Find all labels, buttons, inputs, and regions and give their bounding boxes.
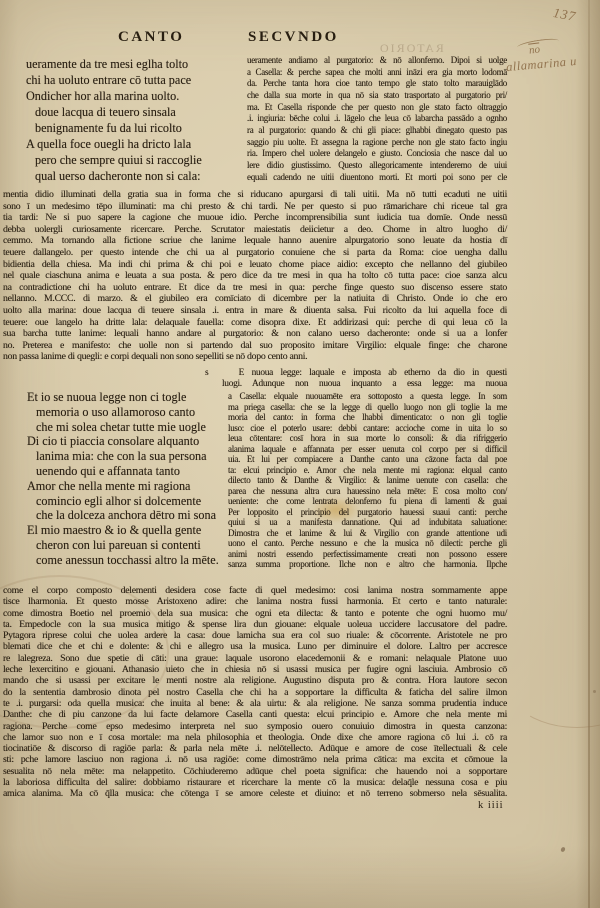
text-line: .i. ingiuria: bēche colui .i. lāgelo che… [247, 113, 507, 125]
text-line: sanza summa proportione. Ilche non e alt… [228, 559, 507, 570]
text-line: uia. Et lui per compiacere a Danthe cant… [228, 454, 507, 465]
text-line: ria. Impero chel uolere delangelo e gius… [247, 148, 507, 160]
commentary-column-top-right: ueramente andiamo al purgatorio: & nō al… [247, 55, 507, 183]
text-line: ra al purgatorio: quando & chi gli piace… [247, 125, 507, 137]
text-line: Amor che nella mente mi ragiona [27, 479, 239, 494]
text-line: lere didio giustissimo. Questo allegoric… [247, 160, 507, 172]
text-line: teuere: oue langelo ha dritte lala: dela… [3, 317, 507, 329]
text-line: bidientia della chiesa. Ma indi chi prim… [3, 259, 507, 271]
text-line: cemmo. Ma tornando alla fictione scriue … [3, 235, 507, 247]
text-line: nellanno. M.CCC. di marzo. & el giubileo… [3, 293, 507, 305]
text-line: moria del canto: in forma che lhabbi dim… [228, 412, 507, 423]
text-line: doue lacqua di teuero sinsala [26, 104, 241, 120]
text-line: sono ī un medesimo tēpo illuminati: ma c… [3, 201, 507, 213]
text-line: no. Preterea e manifesto: che uolle non … [3, 340, 507, 352]
commentary-block-full-width-1: mentia didio illuminati della gratia sua… [3, 189, 507, 363]
text-line: ta: elcui principio e. Amor che nela men… [228, 465, 507, 476]
text-line: A quella foce ouegli ha dricto lala [26, 136, 241, 152]
text-line: Ondicher hor alla marina uolto. [26, 88, 241, 104]
text-line: uolto alla marina: doue lacqua di teuere… [3, 305, 507, 317]
text-line: Di cio ti piaccia consolare alquanto [27, 434, 239, 449]
text-line: sua barcha tutte lanime: lequali hanno a… [3, 328, 507, 340]
text-line: chi ha uoluto entrare cō tutta pace [26, 72, 241, 88]
text-line: ta. Empedocle con la sua musica mitigo &… [3, 619, 507, 630]
text-line: pero che sempre quiui si raccoglie [26, 152, 241, 168]
text-line: dilecto tanto & Danthe & Virgilio: & lan… [228, 475, 507, 486]
text-line: saggio piu uolte. Et assegna la ragione … [247, 137, 507, 149]
text-line: teuere dallangelo. per questo intende ch… [3, 247, 507, 259]
book-page: RATORIO CANTO SECVNDO 137 no allamarina … [0, 0, 600, 908]
text-line: tia tardi: Ne si puo sapere la cagione c… [3, 212, 507, 224]
text-line: do la sententia dambrosio dinota pel nos… [3, 687, 507, 698]
text-line: El mio maestro & io & quella gente [27, 523, 239, 538]
text-line: te .i. purgarsi: oda quella musica: che … [3, 698, 507, 709]
text-line: mando che si usassi per excitare le ment… [3, 675, 507, 686]
text-line: benignamente fu da lui ricolto [26, 120, 241, 136]
text-line: che dalla sua morte in qua nō sia stato … [247, 90, 507, 102]
text-line: che lamor suo non e ī cosa mortale: ma n… [3, 732, 507, 743]
text-line: a Casella: elquale nuouamēte era sottopo… [228, 391, 507, 402]
text-line: debba uolergli curiosamente ricercare. P… [3, 224, 507, 236]
text-line: animi nostri essendo perfectissimamente … [228, 549, 507, 560]
text-line: alanima laquale e affannata per esser ue… [228, 444, 507, 455]
text-line: blemati dice che et chi e dolente: & chi… [3, 641, 507, 652]
text-line: ueniente: che come lentrata delonferno f… [228, 496, 507, 507]
commentary-bridge-lines: s E nuoua legge: laquale e imposta ab et… [205, 368, 507, 390]
text-line: sti: pche lamore lasciuo non ragiona .i.… [3, 754, 507, 765]
verse-block-mid: Et io se nuoua legge non ci toglememoria… [27, 390, 239, 568]
text-line: quiui si ua a manifesta dannatione. Qui … [228, 517, 507, 528]
text-line: cheron con lui pareuan si contenti [27, 538, 239, 553]
text-line: qual uerso dacheronte non si cala: [26, 168, 241, 184]
text-line: la laboriosa difficulta del salire: dobb… [3, 777, 507, 788]
text-line: Danthe: che di piu canzone da lui facte … [3, 709, 507, 720]
text-line: leua cōtentare: cosī hora in sua morte l… [228, 433, 507, 444]
text-line: Dimostra che et lanime & lui & Virgilio … [228, 528, 507, 539]
running-title-canto: CANTO [118, 29, 184, 46]
text-line: ragiona. Perche come epso medesimo inter… [3, 721, 507, 732]
text-line: parea che nessuna altra cura hauessino n… [228, 486, 507, 497]
text-line: mentia didio illuminati della gratia sua… [3, 189, 507, 201]
text-line: uenendo qui e affannata tanto [27, 464, 239, 479]
text-line: amica alanima. Ma cō q̄lla musica: che c… [3, 788, 507, 799]
quire-signature-mark: k iiii [478, 800, 504, 811]
ink-speck [560, 846, 566, 852]
text-line: da. Perche tanta hora cioe tanto tempo g… [247, 78, 507, 90]
text-line: comincio egli alhor si dolcemente [27, 494, 239, 509]
text-line: tiocinatiōe & discorso di ragiōe parla: … [3, 743, 507, 754]
handwritten-margin-note: allamarina u [505, 54, 577, 75]
text-line: ueramente andiamo al purgatorio: & nō al… [247, 55, 507, 67]
text-line: nel quale ciaschuna anima e leuata a sua… [3, 270, 507, 282]
text-line: che la dolceza anchora dētro mi sona [27, 508, 239, 523]
ink-speck-small [593, 690, 596, 693]
text-line: tisce lharmonia. Et questo mosse Aristox… [3, 596, 507, 607]
text-line: lanima mia: che con la sua persona [27, 449, 239, 464]
text-line: s E nuoua legge: laquale e imposta ab et… [205, 368, 507, 379]
verse-block-top: ueramente da tre mesi eglha toltochi ha … [26, 56, 241, 184]
handwritten-folio-number: 137 [552, 5, 578, 25]
text-line: sesualita nō nela mēte: ma nelappetito. … [3, 766, 507, 777]
handwritten-note-small: no [528, 43, 540, 56]
text-line: come dimostra Boetio nel proemio dela su… [3, 608, 507, 619]
text-line: leche lexercitino e giouani. Athanasio u… [3, 664, 507, 675]
text-line: uono el canto. Perche nessuno e che la m… [228, 538, 507, 549]
show-through-text: RATORIO [378, 41, 444, 56]
text-line: Per lopposito el principio del purgatori… [228, 507, 507, 518]
text-line: luso: cioe el poterlo usare: debbi canta… [228, 423, 507, 434]
text-line: che mi solea chetar tutte mie uogle [27, 420, 239, 435]
text-line: re lalegreza. Sono due spetie di cāti: u… [3, 653, 507, 664]
text-line: come el corpo composto delementi desider… [3, 585, 507, 596]
text-line: ma. Et Casella risponde che per questo n… [247, 102, 507, 114]
text-line: luogi. Adunque non nuoua inquanto a essa… [205, 379, 507, 390]
text-line: memoria o uso allamoroso canto [27, 405, 239, 420]
commentary-column-mid-right: a Casella: elquale nuouamēte era sottopo… [228, 391, 507, 570]
commentary-block-full-width-2: come el corpo composto delementi desider… [3, 585, 507, 800]
text-line: ueramente da tre mesi eglha tolto [26, 56, 241, 72]
text-line: na contradictione chi ha uoluto entrare.… [3, 282, 507, 294]
text-line: Et io se nuoua legge non ci togle [27, 390, 239, 405]
text-line: ma priega casella: che se la legge di qu… [228, 402, 507, 413]
text-line: a Casella: & perche sapea che molti anni… [247, 67, 507, 79]
text-line: equali cadendo ne uitii diuentono morti.… [247, 172, 507, 184]
text-line: Pytagora riprese colui che uolea ardere … [3, 630, 507, 641]
text-line: come anessun tocchassi altro la mēte. [27, 553, 239, 568]
text-line: non passa lanime di quegli: e corpi dequ… [3, 351, 507, 363]
running-title-secvndo: SECVNDO [248, 29, 339, 46]
